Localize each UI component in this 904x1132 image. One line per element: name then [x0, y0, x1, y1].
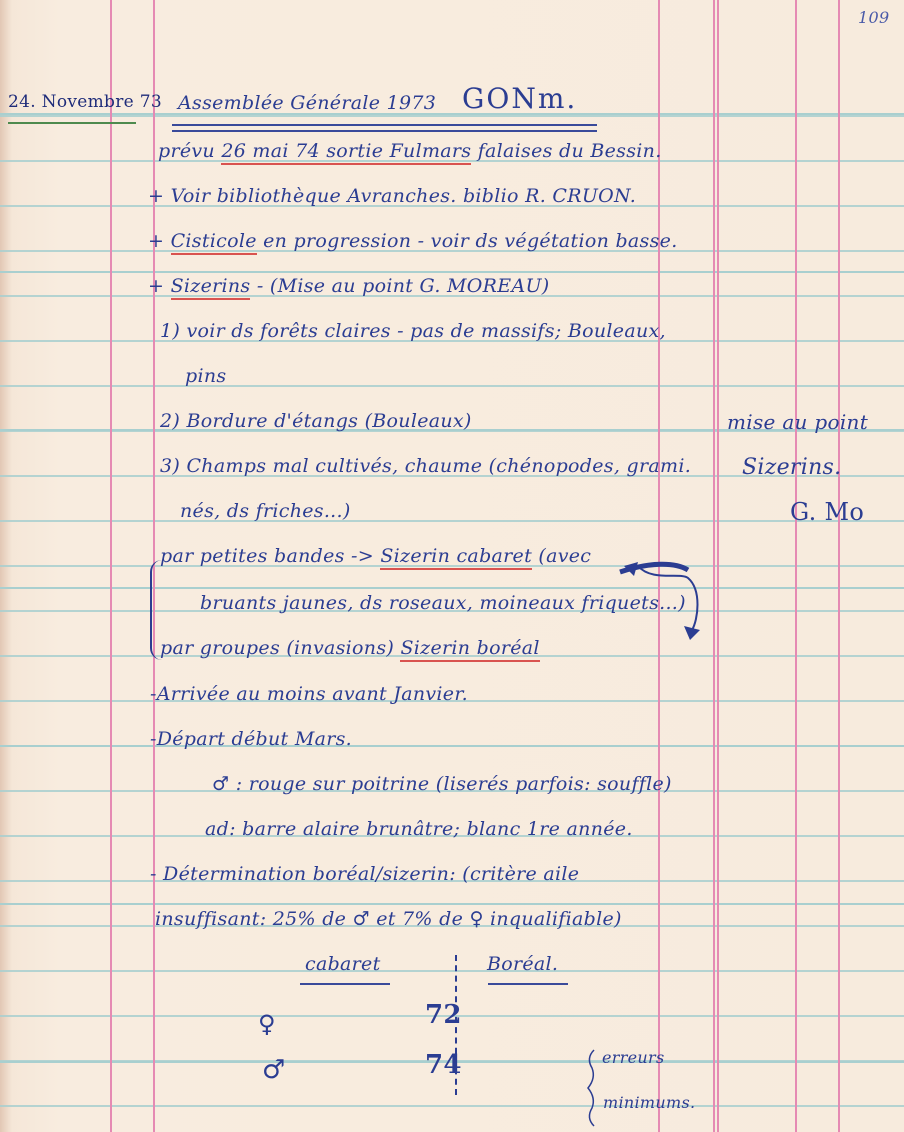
- margin-note-line2: Sizerins.: [742, 455, 841, 480]
- male-symbol-icon: ♂: [262, 1055, 286, 1085]
- rule-line: [0, 970, 904, 972]
- rule-line: [0, 1105, 904, 1107]
- item-3-cont: nés, ds friches...): [180, 500, 351, 522]
- arrival-line: -Arrivée au moins avant Janvier.: [150, 683, 468, 705]
- date-underline: [8, 122, 136, 124]
- title-underline: [172, 124, 597, 126]
- header-underline: [300, 983, 390, 985]
- margin-line: [717, 0, 719, 1132]
- page-number: 109: [858, 8, 889, 27]
- margin-line: [838, 0, 840, 1132]
- line-prevu: prévu 26 mai 74 sortie Fulmars falaises …: [158, 140, 662, 162]
- item-1-cont: pins: [185, 365, 226, 387]
- entry-title: Assemblée Générale 1973: [178, 92, 436, 114]
- rule-line: [0, 115, 904, 117]
- curved-arrow-icon: [580, 560, 710, 650]
- title-underline: [172, 130, 597, 132]
- line-cisticole: + Cisticole en progression - voir ds vég…: [148, 230, 678, 252]
- branch-large: par groupes (invasions) Sizerin boréal: [160, 637, 540, 659]
- note-erreurs: erreurs: [602, 1048, 665, 1067]
- entry-date: 24. Novembre 73: [8, 92, 162, 112]
- entry-org: GONm.: [462, 82, 577, 115]
- header-underline: [488, 983, 568, 985]
- table-header-cabaret: cabaret: [305, 953, 381, 975]
- right-brace-icon: [584, 1048, 598, 1128]
- red-underlined-text: 26 mai 74 sortie Fulmars: [221, 140, 471, 165]
- rule-line: [0, 520, 904, 522]
- line-voir-biblio: + Voir bibliothèque Avranches. biblio R.…: [148, 185, 636, 207]
- departure-line: -Départ début Mars.: [150, 728, 352, 750]
- rule-line: [0, 745, 904, 747]
- plumage-adult: ad: barre alaire brunâtre; blanc 1re ann…: [205, 818, 633, 840]
- line-sizerins: + Sizerins - (Mise au point G. MOREAU): [148, 275, 550, 297]
- margin-line: [110, 0, 112, 1132]
- margin-note-line1: mise au point: [727, 410, 868, 434]
- margin-line: [713, 0, 715, 1132]
- margin-note-line3: G. Mo: [790, 498, 864, 526]
- item-2: 2) Bordure d'étangs (Bouleaux): [160, 410, 472, 432]
- branch-small: par petites bandes -> Sizerin cabaret (a…: [160, 545, 591, 567]
- plumage-male: ♂ : rouge sur poitrine (liserés parfois:…: [212, 773, 672, 795]
- male-symbol-icon: ♂: [212, 773, 229, 795]
- table-value-male: 74: [425, 1050, 462, 1080]
- margin-line: [795, 0, 797, 1132]
- table-value-female: 72: [425, 1000, 462, 1030]
- rule-line: [0, 385, 904, 387]
- determination-line2: insuffisant: 25% de ♂ et 7% de ♀ inquali…: [155, 908, 622, 930]
- item-1: 1) voir ds forêts claires - pas de massi…: [160, 320, 666, 342]
- item-3: 3) Champs mal cultivés, chaume (chénopod…: [160, 455, 691, 477]
- determination-line1: - Détermination boréal/sizerin: (critère…: [150, 863, 579, 885]
- note-minimums: minimums.: [603, 1093, 695, 1112]
- table-header-boreal: Boréal.: [487, 953, 558, 975]
- female-symbol-icon: ♀: [258, 1010, 276, 1038]
- notebook-page: 109 24. Novembre 73 Assemblée Générale 1…: [0, 0, 904, 1132]
